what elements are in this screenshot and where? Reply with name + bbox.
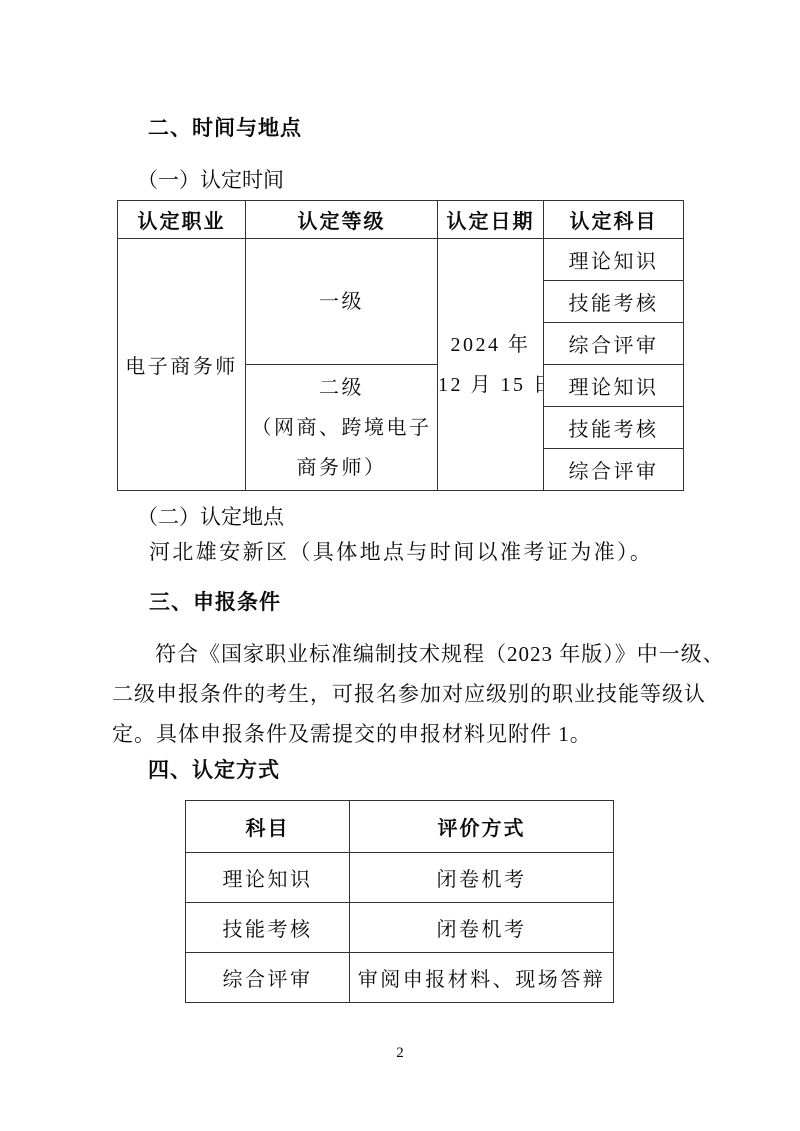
subject-cell: 综合评审 [544,449,684,491]
header-cell-date: 认定日期 [438,201,544,239]
date-line-day: 12 月 15 日 [438,365,543,405]
subject-cell: 理论知识 [186,853,350,903]
subject-cell: 技能考核 [544,407,684,449]
date-line-year: 2024 年 [438,325,543,365]
header-cell-subject: 科目 [186,801,350,853]
section-heading-method: 四、认定方式 [148,759,280,783]
header-cell-occupation: 认定职业 [118,201,246,239]
header-cell-level: 认定等级 [246,201,438,239]
location-text: 河北雄安新区（具体地点与时间以准考证为准）。 [149,540,653,564]
paragraph-line: 二级申报条件的考生，可报名参加对应级别的职业技能等级认 [112,674,732,714]
conditions-paragraph: 符合《国家职业标准编制技术规程（2023 年版）》中一级、 二级申报条件的考生，… [112,634,732,754]
occupation-cell: 电子商务师 [118,239,246,491]
schedule-table: 认定职业 认定等级 认定日期 认定科目 电子商务师 一级 2024 年 12 月… [117,200,684,491]
method-cell: 闭卷机考 [350,853,614,903]
level-1-name: 一级 [246,282,437,322]
date-cell: 2024 年 12 月 15 日 [438,239,544,491]
table-row: 理论知识 闭卷机考 [186,853,614,903]
method-table-header-row: 科目 评价方式 [186,801,614,853]
paragraph-line: 定。具体申报条件及需提交的申报材料见附件 1。 [112,714,732,754]
paragraph-line: 符合《国家职业标准编制技术规程（2023 年版）》中一级、 [112,634,732,674]
method-cell: 闭卷机考 [350,903,614,953]
subject-cell: 理论知识 [544,239,684,281]
level-2-note-line-1: （网商、跨境电子 [246,408,437,448]
document-page: 二、时间与地点 （一）认定时间 认定职业 认定等级 认定日期 认定科目 电子商务… [0,0,800,1131]
section-heading-time-place: 二、时间与地点 [148,117,302,141]
subject-cell: 技能考核 [186,903,350,953]
schedule-table-header-row: 认定职业 认定等级 认定日期 认定科目 [118,201,684,239]
subsection-heading-place: （二）认定地点 [137,505,284,529]
section-heading-conditions: 三、申报条件 [149,591,281,615]
page-number: 2 [0,1045,800,1061]
level-2-name: 二级 [246,368,437,408]
header-cell-subject: 认定科目 [544,201,684,239]
method-cell: 审阅申报材料、现场答辩 [350,953,614,1003]
subject-cell: 技能考核 [544,281,684,323]
table-row: 电子商务师 一级 2024 年 12 月 15 日 理论知识 [118,239,684,281]
subsection-heading-time: （一）认定时间 [137,168,284,192]
subject-cell: 理论知识 [544,365,684,407]
method-table: 科目 评价方式 理论知识 闭卷机考 技能考核 闭卷机考 综合评审 审阅申报材料、… [185,800,614,1003]
header-cell-evaluation: 评价方式 [350,801,614,853]
level-2-cell: 二级 （网商、跨境电子 商务师） [246,365,438,491]
level-2-note-line-2: 商务师） [246,448,437,488]
level-1-cell: 一级 [246,239,438,365]
table-row: 技能考核 闭卷机考 [186,903,614,953]
subject-cell: 综合评审 [544,323,684,365]
subject-cell: 综合评审 [186,953,350,1003]
table-row: 综合评审 审阅申报材料、现场答辩 [186,953,614,1003]
